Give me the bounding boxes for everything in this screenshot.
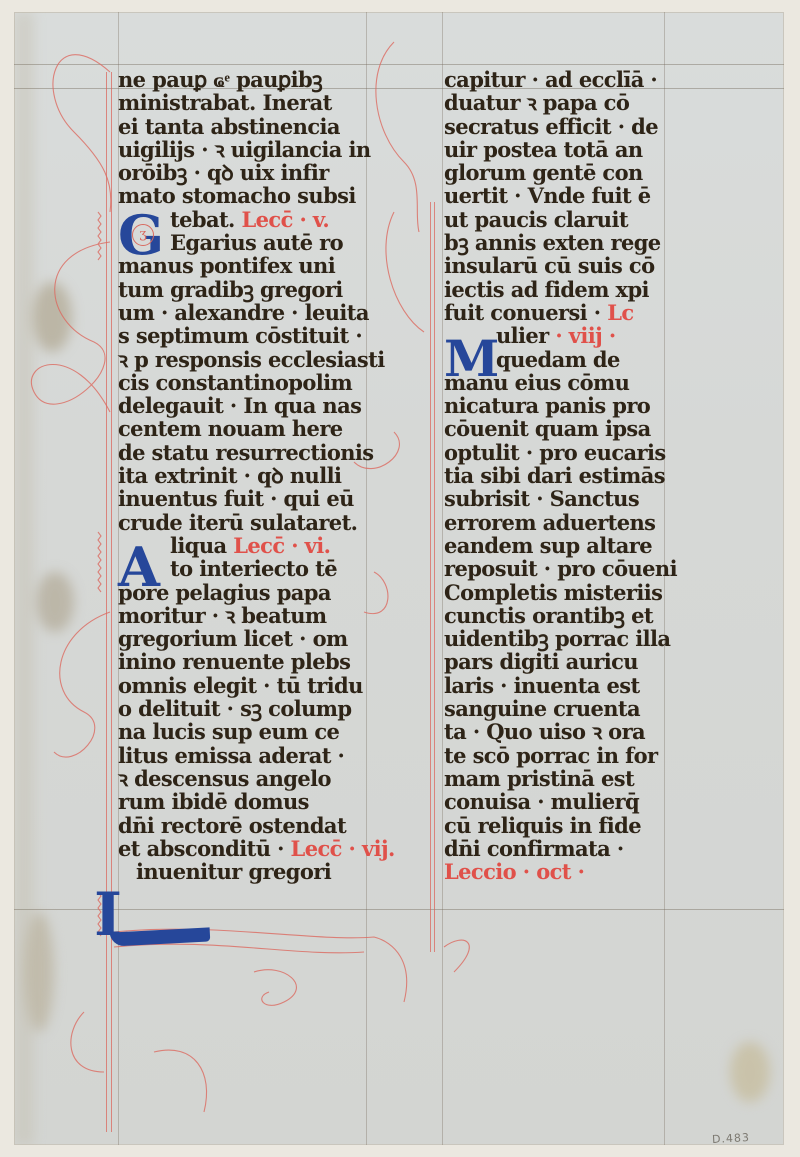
text-line: inuenitur gregori <box>118 860 368 883</box>
text-line: nicatura panis pro <box>444 394 684 417</box>
initial-m-blue: M <box>444 334 499 384</box>
text-fragment: Egarius autē ro <box>170 230 343 255</box>
text-line: Completis misteriis <box>444 581 684 604</box>
text-line: ut paucis claruit <box>444 208 684 231</box>
penwork-line <box>430 202 431 952</box>
text-line: conuisa · mulierq̄ <box>444 790 684 813</box>
text-line: glorum gentē con <box>444 161 684 184</box>
stain <box>730 1042 770 1102</box>
rubric-leccio-octava: Leccio · oct · <box>444 860 684 883</box>
manuscript-leaf: ne pauꝑ ҩͤ pauꝑibꝫ ministrabat. Inerat e… <box>14 12 784 1145</box>
text-line: ministrabat. Inerat <box>118 91 368 114</box>
right-text-column: capitur · ad ecclīā · duatur ꝛ papa cō s… <box>444 68 684 883</box>
text-line: centem nouam here <box>118 417 368 440</box>
text-line: fuit conuersi · Lc <box>444 301 684 324</box>
text-line: mam pristinā est <box>444 767 684 790</box>
stain <box>36 572 74 632</box>
text-line: te scō porrac in for <box>444 744 684 767</box>
text-line: inuentus fuit · qui eū <box>118 487 368 510</box>
initial-a-blue: A <box>118 542 160 592</box>
text-line: inino renuente plebs <box>118 650 368 673</box>
left-text-column: ne pauꝑ ҩͤ pauꝑibꝫ ministrabat. Inerat e… <box>118 68 368 883</box>
text-line: ei tanta abstinencia <box>118 115 368 138</box>
text-line: et absconditū · Lecc̄ · vij. <box>118 837 368 860</box>
text-line: pars digiti auricu <box>444 650 684 673</box>
text-line: dn̄i confirmata · <box>444 837 684 860</box>
text-line: s septimum cōstituit · <box>118 324 368 347</box>
text-line: cunctis orantibꝫ et <box>444 604 684 627</box>
stain <box>14 12 34 1145</box>
text-line: de statu resurrectionis <box>118 441 368 464</box>
text-line: errorem aduertens <box>444 511 684 534</box>
text-line: eandem sup altare <box>444 534 684 557</box>
text-line: delegauit · In qua nas <box>118 394 368 417</box>
rubric-lectio-v: Lecc̄ · v. <box>241 207 329 232</box>
text-line: na lucis sup eum ce <box>118 720 368 743</box>
text-fragment: tebat. <box>170 207 235 232</box>
initial-i-tail <box>110 927 211 946</box>
text-line: ita extrinit · qꝺ nulli <box>118 464 368 487</box>
ruling-line <box>442 12 443 1145</box>
rubric-lectio-vi: Lecc̄ · vi. <box>233 533 330 558</box>
ruling-line <box>14 909 784 910</box>
initial-inner-flourish: ʒ <box>132 224 154 246</box>
text-line: uigilijs · ꝛ uigilancia in <box>118 138 368 161</box>
text-line: tum gradibꝫ gregori <box>118 278 368 301</box>
rubric-lectio-viii: · viij · <box>555 323 615 348</box>
text-line: bꝫ annis exten rege <box>444 231 684 254</box>
text-fragment: ulier <box>496 323 549 348</box>
text-line: ta · Quo uiso ꝛ ora <box>444 720 684 743</box>
text-line: litus emissa aderat · <box>118 744 368 767</box>
text-line: tia sibi dari estimās <box>444 464 684 487</box>
inventory-mark: D.483 <box>712 1131 751 1146</box>
rubric-lectio-vii: Lecc̄ · vij. <box>291 836 395 861</box>
text-line: duatur ꝛ papa cō <box>444 91 684 114</box>
text-line: cis constantinopolim <box>118 371 368 394</box>
text-line: iectis ad fidem xpi <box>444 278 684 301</box>
text-line: rum ibidē domus <box>118 790 368 813</box>
stain <box>32 282 72 352</box>
text-line: gregorium licet · om <box>118 627 368 650</box>
text-line: crude iterū sulataret. <box>118 511 368 534</box>
text-line: cōuenit quam ipsa <box>444 417 684 440</box>
text-line: reposuit · pro cōueni <box>444 557 684 580</box>
text-line: o delituit · sꝫ colump <box>118 697 368 720</box>
text-line: sanguine cruenta <box>444 697 684 720</box>
text-line: um · alexandre · leuita <box>118 301 368 324</box>
text-line: capitur · ad ecclīā · <box>444 68 684 91</box>
text-line: subrisit · Sanctus <box>444 487 684 510</box>
text-line: laris · inuenta est <box>444 674 684 697</box>
penwork-line <box>106 72 107 1132</box>
text-fragment: fuit conuersi · <box>444 300 600 325</box>
penwork-line <box>111 72 112 1132</box>
text-line: optulit · pro eucaris <box>444 441 684 464</box>
text-line: uertit · Vnde fuit ē <box>444 184 684 207</box>
penwork-line <box>434 202 435 952</box>
text-line: uir postea totā an <box>444 138 684 161</box>
text-fragment: liqua <box>170 533 227 558</box>
text-line: moritur · ꝛ beatum <box>118 604 368 627</box>
text-line: orōibꝫ · qꝺ uix infir <box>118 161 368 184</box>
ruling-line <box>14 64 784 65</box>
text-line: omnis elegit · tū tridu <box>118 674 368 697</box>
text-line: secratus efficit · de <box>444 115 684 138</box>
rubric-lectio-label: Lc <box>607 300 633 325</box>
text-line: ne pauꝑ ҩͤ pauꝑibꝫ <box>118 68 368 91</box>
initial-g-blue: G ʒ <box>118 210 164 260</box>
text-line: insularū cū suis cō <box>444 254 684 277</box>
text-fragment: et absconditū · <box>118 836 284 861</box>
text-line: dn̄i rectorē ostendat <box>118 814 368 837</box>
text-line: uidentibꝫ porrac illa <box>444 627 684 650</box>
text-line: ꝛ p responsis ecclesiasti <box>118 348 368 371</box>
text-line: ꝛ descensus angelo <box>118 767 368 790</box>
text-line: cū reliquis in fide <box>444 814 684 837</box>
